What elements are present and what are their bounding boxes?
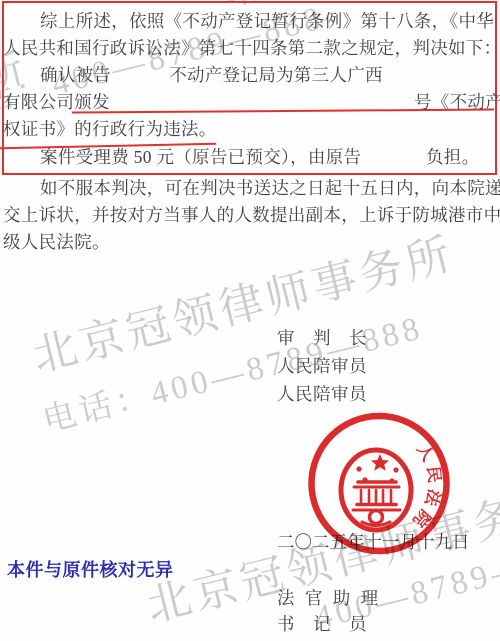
verdict-part: 有限公司颁发 <box>3 92 110 112</box>
fee-part: 负担。 <box>426 146 479 168</box>
court-seal: 人民法院 <box>304 409 454 559</box>
clerk-label: 书 记 员 <box>277 613 367 635</box>
scanned-judgment-page: 北京冠领律师事务所 电话：400—8789—888 所 北京冠领律师事务所 电话… <box>0 0 500 641</box>
fee-text-line: 案件受理费 50 元（原告已预交），由原告 负担。 <box>40 146 361 168</box>
appeal-text-line: 级人民法院。 <box>3 231 110 253</box>
appeal-text-line: 如不服本判决，可在判决书送达之日起十五日内，向本院递 <box>40 177 500 199</box>
fee-part: 案件受理费 50 元（原告已预交），由原告 <box>40 147 361 167</box>
peoples-assessor-label: 人民陪审员 <box>277 383 367 405</box>
judge-assistant-label: 法 官 助 理 <box>277 587 379 609</box>
verdict-text-line: 有限公司颁发 号《不动产 <box>3 91 110 113</box>
seal-emblem-stars <box>356 454 398 484</box>
appeal-text-line: 交上诉状，并按对方当事人的人数提出副本，上诉于防城港市中 <box>3 204 500 226</box>
verdict-part: 确认被告 <box>40 65 111 85</box>
verification-stamp-text: 本件与原件核对无异 <box>7 556 174 582</box>
judgment-text-line: 人民共和国行政诉讼法》第七十四条第二款之规定，判决如下： <box>3 37 500 59</box>
verdict-text-line: 确认被告不动产登记局为第三人广西 <box>40 64 383 86</box>
verdict-text-line: 权证书》的行政行为违法。 <box>3 118 217 140</box>
peoples-assessor-label: 人民陪审员 <box>277 355 367 377</box>
verdict-part: 号《不动产 <box>414 91 500 113</box>
judgment-text-line: 综上所述，依照《不动产登记暂行条例》第十八条，《中华 <box>40 10 494 32</box>
verdict-part: 不动产登记局为第三人广西 <box>169 65 383 85</box>
presiding-judge-label: 审 判 长 <box>277 327 367 349</box>
